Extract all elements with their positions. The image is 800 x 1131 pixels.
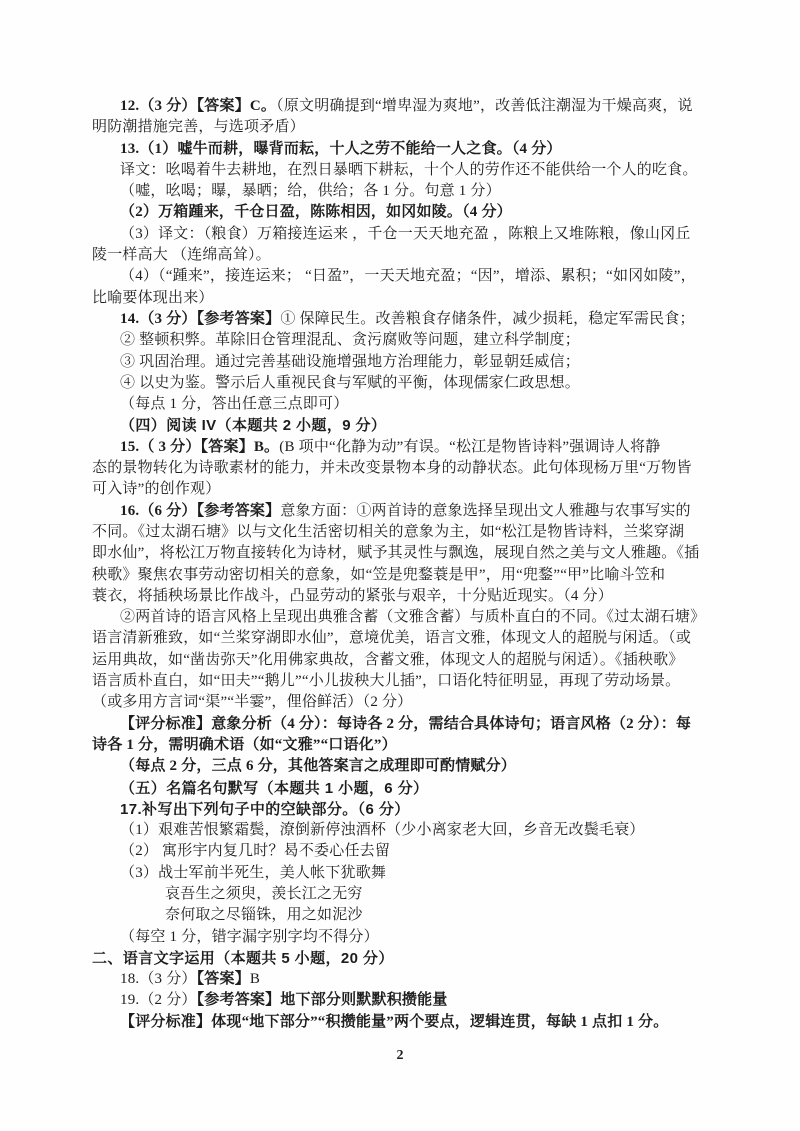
text-segment: 语言清新雅致，如“兰桨穿湖即水仙”，意境优美，语言文雅，体现文人的超脱与闲适。（… xyxy=(92,630,691,646)
text-line: （1）艰难苦恨繁霜鬓，潦倒新停浊酒杯（少小离家老大回，乡音无改鬓毛衰） xyxy=(92,820,718,841)
text-segment: （3）译文：（粮食）万箱接连运来 ，千仓一天天地充盈 ，陈粮上又堆陈粮，像山冈丘 xyxy=(120,226,691,242)
text-segment-bold: 13.（1）嘘牛而耕，曝背而耘，十人之劳不能给一人之食。（4 分） xyxy=(120,141,562,157)
text-line: 奈何取之尽锱铢，用之如泥沙 xyxy=(92,905,718,926)
text-segment: ② 整顿积弊。革除旧仓管理混乱、贪污腐败等问题，建立科学制度； xyxy=(120,332,580,348)
text-segment-bold: （每点 2 分，三点 6 分，其他答案言之成理即可酌情赋分） xyxy=(120,758,516,774)
text-segment: 译文：吆喝着牛去耕地，在烈日暴晒下耕耘，十个人的劳作还不能供给一个人的吃食。 xyxy=(120,162,698,178)
text-segment-bold: 15.（ 3 分）【答案】B。 xyxy=(120,439,279,455)
text-segment: 语言质朴直白，如“田夫”“鹅儿”“小儿拔秧大儿插”，口语化特征明显，再现了劳动场… xyxy=(92,673,680,689)
text-line: 陵一样高大 （连绵高耸）。 xyxy=(92,245,718,266)
text-line: 12.（3 分）【答案】C。（原文明确提到“增卑湿为爽地”，改善低注潮湿为干燥高… xyxy=(92,96,718,117)
text-segment-bold: 12.（3 分）【答案】C。 xyxy=(120,98,276,114)
text-line: 哀吾生之须臾，羡长江之无穷 xyxy=(92,884,718,905)
text-line: 14.（3 分）【参考答案】① 保障民生。改善粮食存储条件，减少损耗，稳定军需民… xyxy=(92,309,718,330)
text-segment: 不同。《过太湖石塘》以与文化生活密切相关的意象为主，如“松江是物皆诗料，兰桨穿湖 xyxy=(92,524,684,540)
text-segment: 18.（3 分） xyxy=(120,971,197,987)
text-segment: （原文明确提到“增卑湿为爽地”，改善低注潮湿为干燥高爽，说 xyxy=(276,98,693,114)
text-segment: （4）（“踵来”，接连运来； “日盈”，一天天地充盈；“因”，增添、累积；“如冈… xyxy=(120,268,696,284)
text-segment-bold: 14.（3 分）【参考答案】 xyxy=(120,311,280,327)
text-line: （五）名篇名句默写（本题共 1 小题，6 分） xyxy=(92,778,718,799)
text-segment-bold: （2）万箱踵来，千仓日盈，陈陈相因，如冈如陵。（4 分） xyxy=(120,204,512,220)
text-segment: 秧歌》聚焦农事劳动密切相关的意象，如“笠是兜鍪蓑是甲”，用“兜鍪”“甲”比喻斗笠… xyxy=(92,567,665,583)
text-segment: （1）艰难苦恨繁霜鬓，潦倒新停浊酒杯（少小离家老大回，乡音无改鬓毛衰） xyxy=(120,822,645,838)
text-segment: 陵一样高大 （连绵高耸）。 xyxy=(92,247,271,263)
text-line: 态的景物转化为诗歌素材的能力，并未改变景物本身的动静状态。此句体现杨万里“万物皆 xyxy=(92,458,718,479)
text-segment: 态的景物转化为诗歌素材的能力，并未改变景物本身的动静状态。此句体现杨万里“万物皆 xyxy=(92,460,692,476)
text-segment: （或多用方言词“渠”“半霎”，俚俗鲜活）（2 分） xyxy=(92,694,412,710)
text-segment-bold: （五）名篇名句默写（本题共 1 小题，6 分） xyxy=(120,780,428,797)
text-segment-bold: 16.（6 分）【参考答案】 xyxy=(120,503,280,519)
text-segment: （3）战士军前半死生，美人帐下犹歌舞 xyxy=(120,865,386,881)
text-segment: 运用典故，如“凿齿弥天”化用佛家典故，含蓄文雅，体现文人的超脱与闲适）。《插秧歌… xyxy=(92,652,684,668)
text-segment: ②两首诗的语言风格上呈现出典雅含蓄（文雅含蓄）与质朴直白的不同。《过太湖石塘》 xyxy=(120,609,705,625)
text-segment: ④ 以史为鉴。警示后人重视民食与军赋的平衡，体现儒家仁政思想。 xyxy=(120,375,580,391)
text-line: 17.补写出下列句子中的空缺部分。（6 分） xyxy=(92,799,718,820)
text-line: 诗各 1 分，需明确术语（如“文雅”“口语化”） xyxy=(92,735,718,756)
text-line: 二、语言文字运用（本题共 5 小题，20 分） xyxy=(92,948,718,969)
text-segment: (B 项中“化静为动”有误。“松江是物皆诗料”强调诗人将静 xyxy=(279,439,660,455)
text-line: ④ 以史为鉴。警示后人重视民食与军赋的平衡，体现儒家仁政思想。 xyxy=(92,373,718,394)
text-segment: （2） 寓形宇内复几时？曷不委心任去留 xyxy=(120,843,390,859)
text-line: 语言质朴直白，如“田夫”“鹅儿”“小儿拔秧大儿插”，口语化特征明显，再现了劳动场… xyxy=(92,671,718,692)
text-line: 语言清新雅致，如“兰桨穿湖即水仙”，意境优美，语言文雅，体现文人的超脱与闲适。（… xyxy=(92,628,718,649)
text-segment: （每点 1 分，答出任意三点即可） xyxy=(120,396,348,412)
text-segment-bold: 【评分标准】体现“地下部分”“积攒能量”两个要点，逻辑连贯，每缺 1 点扣 1 … xyxy=(120,1014,668,1030)
text-segment: 可入诗”的创作观） xyxy=(92,481,220,497)
text-segment-bold: 【评分标准】意象分析（4 分）：每诗各 2 分，需结合具体诗句；语言风格（2 分… xyxy=(120,716,691,732)
text-line: 即水仙”，将松江万物直接转化为诗材，赋予其灵性与飘逸，展现自然之美与文人雅趣。《… xyxy=(92,543,718,564)
text-line: 【评分标准】体现“地下部分”“积攒能量”两个要点，逻辑连贯，每缺 1 点扣 1 … xyxy=(92,1012,718,1033)
text-line: （每点 1 分，答出任意三点即可） xyxy=(92,394,718,415)
text-line: 运用典故，如“凿齿弥天”化用佛家典故，含蓄文雅，体现文人的超脱与闲适）。《插秧歌… xyxy=(92,650,718,671)
text-line: 【评分标准】意象分析（4 分）：每诗各 2 分，需结合具体诗句；语言风格（2 分… xyxy=(92,714,718,735)
answer-sheet-page: 12.（3 分）【答案】C。（原文明确提到“增卑湿为爽地”，改善低注潮湿为干燥高… xyxy=(0,0,800,1131)
document-lines: 12.（3 分）【答案】C。（原文明确提到“增卑湿为爽地”，改善低注潮湿为干燥高… xyxy=(92,96,718,1033)
text-segment-bold: 【参考答案】地下部分则默默积攒能量 xyxy=(197,992,448,1008)
text-segment: 19.（2 分） xyxy=(120,992,197,1008)
text-line: ② 整顿积弊。革除旧仓管理混乱、贪污腐败等问题，建立科学制度； xyxy=(92,330,718,351)
text-line: 可入诗”的创作观） xyxy=(92,479,718,500)
text-line: （3）译文：（粮食）万箱接连运来 ，千仓一天天地充盈 ，陈粮上又堆陈粮，像山冈丘 xyxy=(92,224,718,245)
text-segment-bold: 17.补写出下列句子中的空缺部分。（6 分） xyxy=(120,801,410,818)
text-line: 16.（6 分）【参考答案】意象方面：①两首诗的意象选择呈现出文人雅趣与农事写实… xyxy=(92,501,718,522)
text-line: 18.（3 分）【答案】B xyxy=(92,969,718,990)
text-segment: （每空 1 分，错字漏字别字均不得分） xyxy=(120,929,379,945)
text-line: 蓑衣，将插秧场景比作战斗，凸显劳动的紧张与艰辛，十分贴近现实。（4 分） xyxy=(92,586,718,607)
text-segment: 哀吾生之须臾，羡长江之无穷 xyxy=(165,886,363,902)
text-line: 不同。《过太湖石塘》以与文化生活密切相关的意象为主，如“松江是物皆诗料，兰桨穿湖 xyxy=(92,522,718,543)
text-line: 15.（ 3 分）【答案】B。(B 项中“化静为动”有误。“松江是物皆诗料”强调… xyxy=(92,437,718,458)
text-line: 比喻要体现出来） xyxy=(92,288,718,309)
text-segment: 比喻要体现出来） xyxy=(92,290,214,306)
text-segment: 蓑衣，将插秧场景比作战斗，凸显劳动的紧张与艰辛，十分贴近现实。（4 分） xyxy=(92,588,613,604)
text-line: （3）战士军前半死生，美人帐下犹歌舞 xyxy=(92,863,718,884)
text-line: ②两首诗的语言风格上呈现出典雅含蓄（文雅含蓄）与质朴直白的不同。《过太湖石塘》 xyxy=(92,607,718,628)
text-line: 译文：吆喝着牛去耕地，在烈日暴晒下耕耘，十个人的劳作还不能供给一个人的吃食。 xyxy=(92,160,718,181)
text-segment-bold: 【答案】 xyxy=(197,971,250,987)
page-number: 2 xyxy=(0,1048,800,1064)
text-segment-bold: 诗各 1 分，需明确术语（如“文雅”“口语化”） xyxy=(92,737,397,753)
text-line: ③ 巩固治理。通过完善基础设施增强地方治理能力，彰显朝廷威信； xyxy=(92,352,718,373)
text-line: 秧歌》聚焦农事劳动密切相关的意象，如“笠是兜鍪蓑是甲”，用“兜鍪”“甲”比喻斗笠… xyxy=(92,565,718,586)
text-segment: ① 保障民生。改善粮食存储条件，减少损耗，稳定军需民食； xyxy=(280,311,694,327)
text-line: （每点 2 分，三点 6 分，其他答案言之成理即可酌情赋分） xyxy=(92,756,718,777)
text-line: （4）（“踵来”，接连运来； “日盈”，一天天地充盈；“因”，增添、累积；“如冈… xyxy=(92,266,718,287)
text-segment: B xyxy=(250,971,260,987)
text-line: （四）阅读 IV（本题共 2 小题，9 分） xyxy=(92,415,718,436)
text-segment: （嘘，吆喝；曝，暴晒；给，供给；各 1 分。句意 1 分） xyxy=(120,183,501,199)
text-line: 13.（1）嘘牛而耕，曝背而耘，十人之劳不能给一人之食。（4 分） xyxy=(92,139,718,160)
text-segment: 意象方面：①两首诗的意象选择呈现出文人雅趣与农事写实的 xyxy=(280,503,690,519)
text-segment: 即水仙”，将松江万物直接转化为诗材，赋予其灵性与飘逸，展现自然之美与文人雅趣。《… xyxy=(92,545,699,561)
text-line: （2） 寓形宇内复几时？曷不委心任去留 xyxy=(92,841,718,862)
text-segment: 奈何取之尽锱铢，用之如泥沙 xyxy=(165,907,363,923)
text-line: （2）万箱踵来，千仓日盈，陈陈相因，如冈如陵。（4 分） xyxy=(92,202,718,223)
text-segment: 明防潮措施完善，与选项矛盾） xyxy=(92,119,305,135)
text-segment-bold: 二、语言文字运用（本题共 5 小题，20 分） xyxy=(92,950,394,967)
text-line: 19.（2 分）【参考答案】地下部分则默默积攒能量 xyxy=(92,990,718,1011)
text-segment-bold: （四）阅读 IV（本题共 2 小题，9 分） xyxy=(120,417,386,434)
text-line: （嘘，吆喝；曝，暴晒；给，供给；各 1 分。句意 1 分） xyxy=(92,181,718,202)
text-line: （或多用方言词“渠”“半霎”，俚俗鲜活）（2 分） xyxy=(92,692,718,713)
text-line: （每空 1 分，错字漏字别字均不得分） xyxy=(92,927,718,948)
text-segment: ③ 巩固治理。通过完善基础设施增强地方治理能力，彰显朝廷威信； xyxy=(120,354,580,370)
text-line: 明防潮措施完善，与选项矛盾） xyxy=(92,117,718,138)
